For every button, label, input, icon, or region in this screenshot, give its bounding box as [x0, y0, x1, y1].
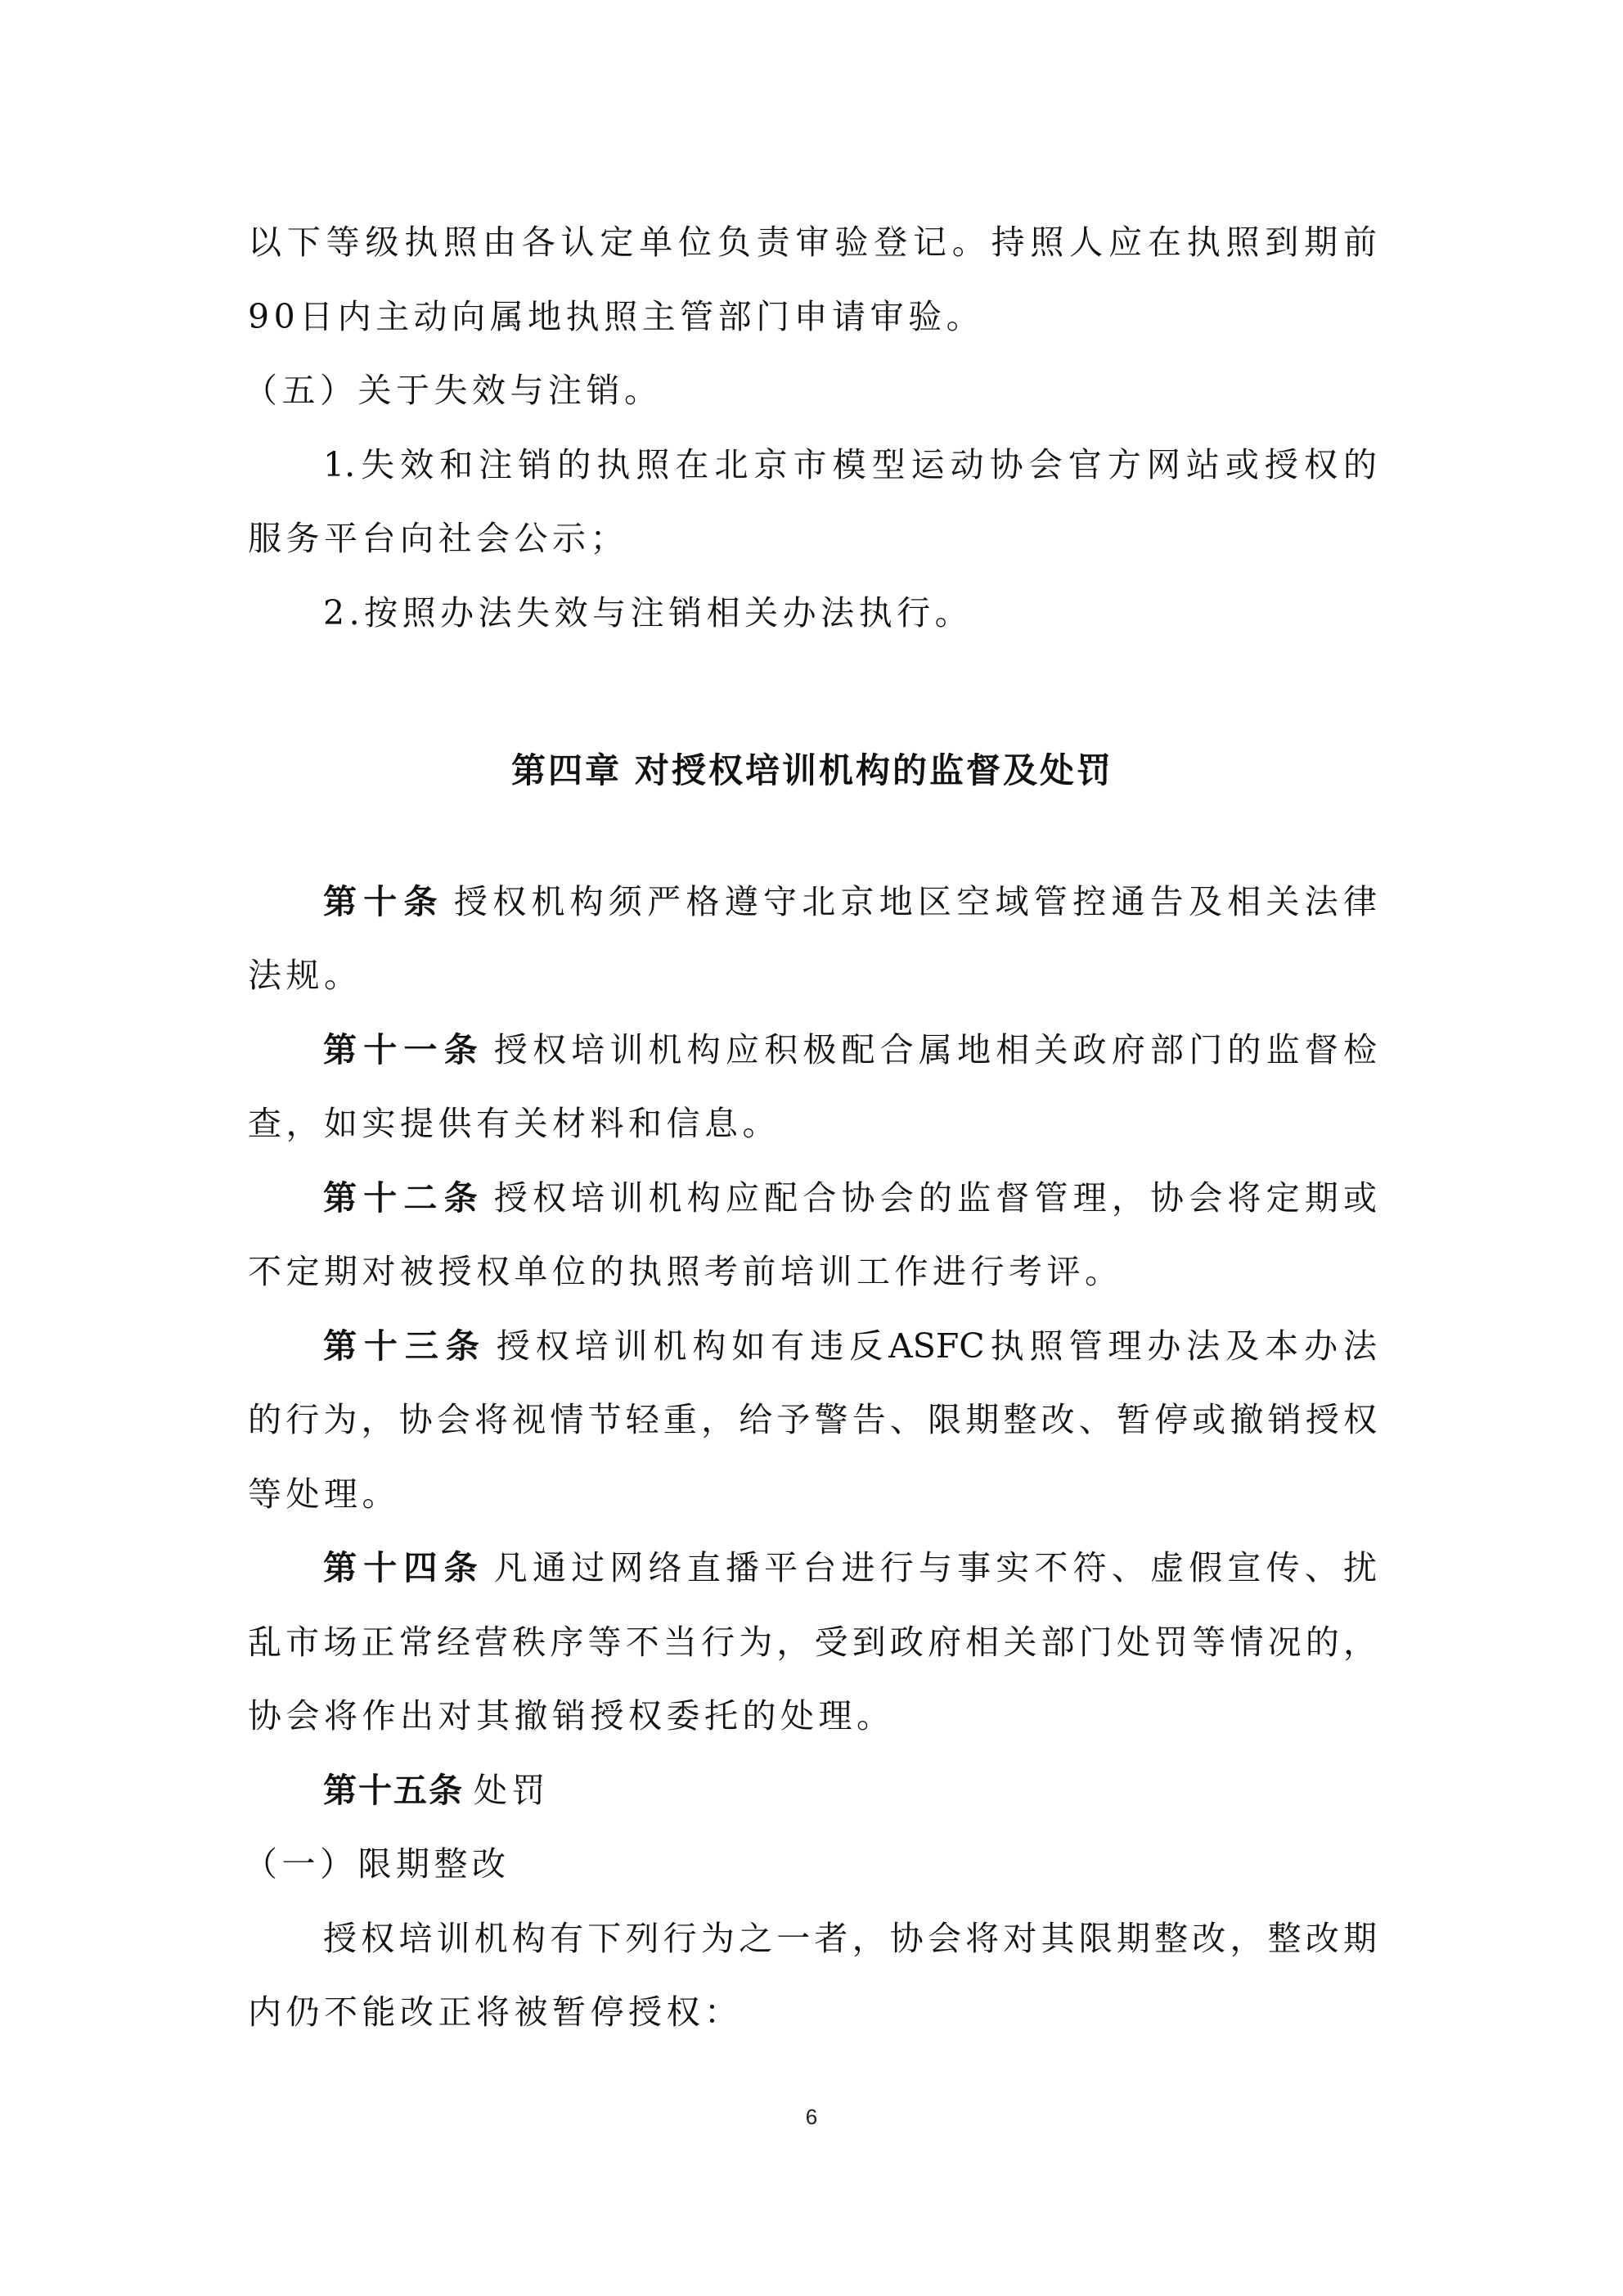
- article-text: 授权培训机构应配合协会的监督管理，协会将定期或: [494, 1178, 1377, 1218]
- article-label: 第十条: [323, 882, 444, 921]
- article-text: 凡通过网络直播平台进行与事实不符、虚假宣传、扰: [494, 1548, 1377, 1587]
- page-number: 6: [0, 2103, 1623, 2131]
- subsection-title: （五）关于失效与注销。: [244, 367, 1373, 413]
- article-line: 不定期对被授权单位的执照考前培训工作进行考评。: [248, 1249, 1377, 1294]
- article-first-line: 第十一条授权培训机构应积极配合属地相关政府部门的监督检: [323, 1027, 1377, 1073]
- article-label: 第十一条: [323, 1030, 484, 1069]
- article-line: 的行为，协会将视情节轻重，给予警告、限期整改、暂停或撤销授权: [248, 1397, 1377, 1443]
- article-first-line: 第十二条授权培训机构应配合协会的监督管理，协会将定期或: [323, 1175, 1377, 1221]
- article-first-line: 第十四条凡通过网络直播平台进行与事实不符、虚假宣传、扰: [323, 1545, 1377, 1591]
- paragraph-line: 90日内主动向属地执照主管部门申请审验。: [248, 294, 1377, 340]
- article-line: 协会将作出对其撤销授权委托的处理。: [248, 1693, 1377, 1739]
- list-item-line: 服务平台向社会公示；: [248, 515, 1377, 561]
- article-label: 第十四条: [323, 1548, 484, 1587]
- list-item-line: 1.失效和注销的执照在北京市模型运动协会官方网站或授权的: [323, 442, 1377, 488]
- chapter-number: 第四章: [511, 750, 622, 790]
- penalty-subsection-title: （一）限期整改: [244, 1841, 1373, 1887]
- article-text: 授权机构须严格遵守北京地区空域管控通告及相关法律: [454, 882, 1377, 921]
- article-line: 等处理。: [248, 1471, 1377, 1517]
- chapter-heading: 第四章对授权培训机构的监督及处罚: [248, 746, 1377, 795]
- article-label: 第十五条: [323, 1771, 464, 1810]
- article-line: 法规。: [248, 952, 1377, 998]
- paragraph-line: 授权培训机构有下列行为之一者，协会将对其限期整改，整改期: [323, 1916, 1377, 1961]
- article-first-line: 第十条授权机构须严格遵守北京地区空域管控通告及相关法律: [323, 879, 1377, 925]
- document-page: 以下等级执照由各认定单位负责审验登记。持照人应在执照到期前 90日内主动向属地执…: [0, 0, 1623, 2296]
- paragraph-line: 以下等级执照由各认定单位负责审验登记。持照人应在执照到期前: [248, 219, 1377, 265]
- article-text: 授权培训机构如有违反ASFC执照管理办法及本办法: [497, 1326, 1377, 1366]
- article-first-line: 第十五条处罚: [323, 1767, 1377, 1813]
- list-item-line: 2.按照办法失效与注销相关办法执行。: [323, 590, 1377, 636]
- article-text: 处罚: [474, 1771, 550, 1810]
- article-text: 授权培训机构应积极配合属地相关政府部门的监督检: [494, 1030, 1377, 1069]
- chapter-title: 对授权培训机构的监督及处罚: [635, 750, 1113, 790]
- article-first-line: 第十三条授权培训机构如有违反ASFC执照管理办法及本办法: [323, 1323, 1377, 1369]
- article-label: 第十二条: [323, 1178, 484, 1218]
- article-line: 查，如实提供有关材料和信息。: [248, 1101, 1377, 1146]
- paragraph-line: 内仍不能改正将被暂停授权：: [248, 1989, 1377, 2035]
- article-line: 乱市场正常经营秩序等不当行为，受到政府相关部门处罚等情况的，: [248, 1619, 1377, 1665]
- article-label: 第十三条: [323, 1326, 487, 1366]
